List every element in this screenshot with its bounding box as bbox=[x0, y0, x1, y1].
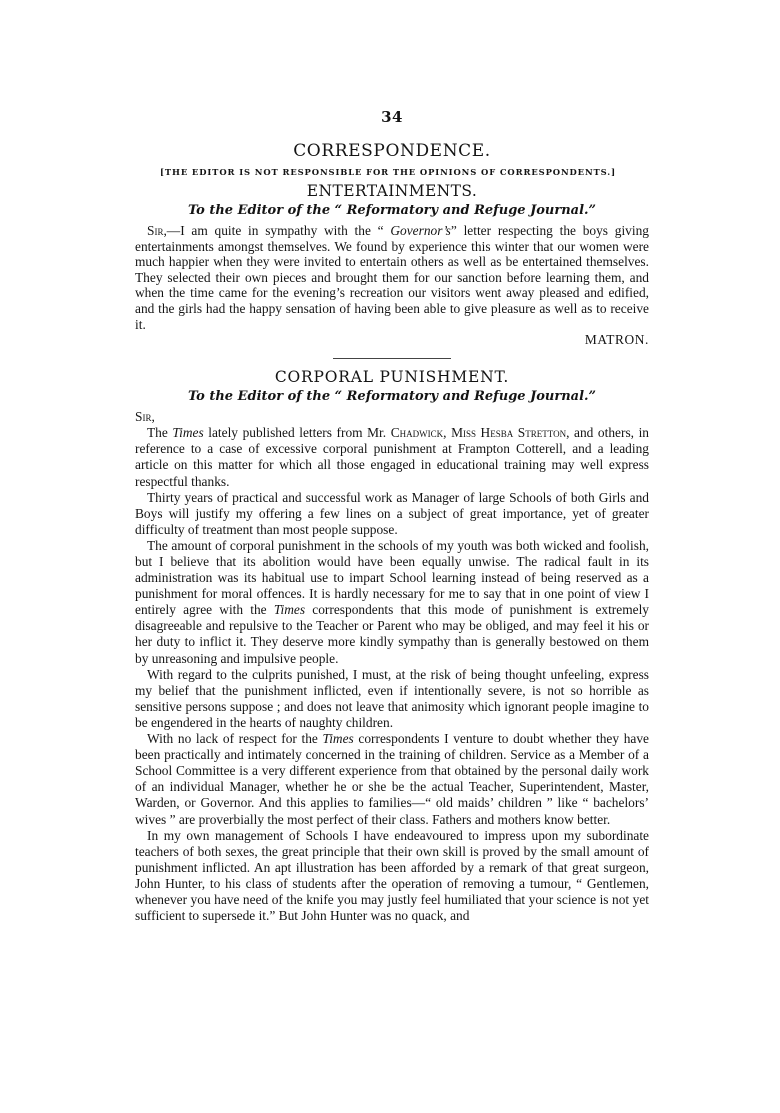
letter-entertainments: ENTERTAINMENTS. To the Editor of the “ R… bbox=[135, 181, 649, 348]
letter-paragraph: With regard to the culprits punished, I … bbox=[135, 667, 649, 731]
letter-body: Sir, The Times lately published letters … bbox=[135, 409, 649, 924]
letter-corporal-punishment: CORPORAL PUNISHMENT. To the Editor of th… bbox=[135, 367, 649, 924]
letter-paragraph: Sir,—I am quite in sympathy with the “ G… bbox=[135, 223, 649, 332]
section-title: CORRESPONDENCE. bbox=[135, 140, 649, 162]
journal-page: 34 CORRESPONDENCE. [THE EDITOR IS NOT RE… bbox=[135, 108, 649, 924]
letter-salutation: To the Editor of the “ Reformatory and R… bbox=[135, 388, 649, 406]
opening-word: Sir, bbox=[147, 223, 167, 238]
letter-paragraph: With no lack of respect for the Times co… bbox=[135, 731, 649, 828]
letter-salutation: To the Editor of the “ Reformatory and R… bbox=[135, 202, 649, 220]
letter-paragraph: In my own management of Schools I have e… bbox=[135, 828, 649, 925]
letter-body: Sir,—I am quite in sympathy with the “ G… bbox=[135, 223, 649, 332]
section-divider bbox=[333, 358, 451, 359]
letter-title: ENTERTAINMENTS. bbox=[135, 181, 649, 202]
letter-paragraph: The Times lately published letters from … bbox=[135, 425, 649, 489]
letter-signature: MATRON. bbox=[135, 332, 649, 348]
letter-paragraph: Thirty years of practical and successful… bbox=[135, 490, 649, 538]
editor-disclaimer: [THE EDITOR IS NOT RESPONSIBLE FOR THE O… bbox=[127, 165, 649, 179]
letter-title: CORPORAL PUNISHMENT. bbox=[135, 367, 649, 388]
opening-word: Sir, bbox=[135, 409, 649, 425]
page-number: 34 bbox=[135, 108, 649, 126]
letter-paragraph: The amount of corporal punishment in the… bbox=[135, 538, 649, 667]
